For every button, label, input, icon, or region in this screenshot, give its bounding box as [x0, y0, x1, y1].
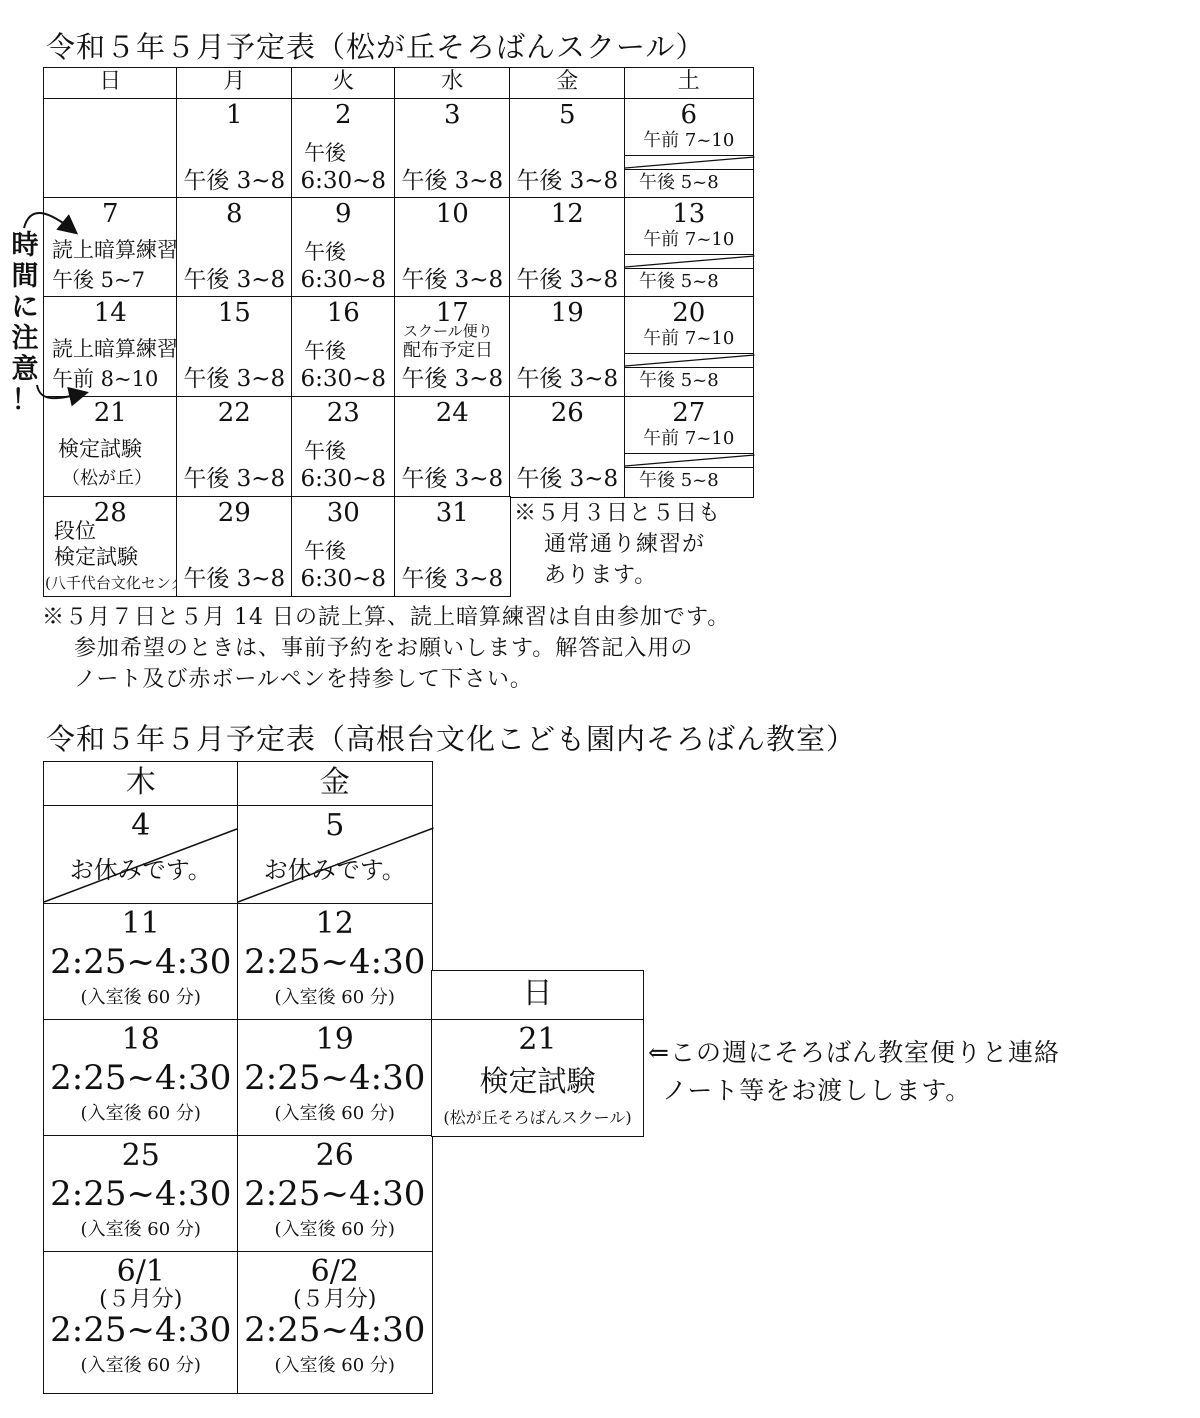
date-number: 26 — [238, 1140, 432, 1172]
event-text: （松が丘） — [62, 467, 152, 491]
day-cell-tue: 30午後6:30~8 — [291, 496, 396, 597]
footnote: ※５月７日と５月 14 日の読上算、読上暗算練習は自由参加です。 参加希望のとき… — [42, 602, 730, 695]
day-cell-mon: 29午後 3~8 — [176, 496, 293, 597]
day-cell-fri: 192:25~4:30(入室後 60 分) — [237, 1019, 433, 1137]
day-cell-fri: 262:25~4:30(入室後 60 分) — [237, 1135, 433, 1253]
event-text: 検定試験 — [58, 437, 142, 461]
exam-place: (松が丘そろばんスクール) — [432, 1106, 643, 1130]
session-note: (入室後 60 分) — [44, 1354, 238, 1378]
date-number: 18 — [44, 1024, 238, 1056]
session-time: 6:30~8 — [292, 467, 395, 491]
inline-note: ※５月３日と５日も 通常通り練習が あります。 — [514, 498, 721, 591]
session-time: 2:25~4:30 — [238, 1174, 432, 1214]
session-time: 6:30~8 — [292, 567, 395, 591]
arrow-note: ⇐この週にそろばん教室便りと連絡 ノート等をお渡しします。 — [648, 1034, 1060, 1110]
session-time: 2:25~4:30 — [44, 1310, 238, 1350]
session-time: 2:25~4:30 — [44, 1174, 238, 1214]
session-time: 午後 3~8 — [510, 467, 625, 491]
session-note: (入室後 60 分) — [44, 1218, 238, 1242]
day-cell-thu: 252:25~4:30(入室後 60 分) — [43, 1135, 239, 1253]
session-time: 午後 3~8 — [395, 567, 510, 591]
day-cell-thu: 4お休みです。 — [43, 805, 239, 905]
date-number: 29 — [177, 499, 292, 527]
session-label: 午後 — [304, 439, 346, 463]
weekday-header-fri: 金 — [237, 761, 433, 807]
date-number: 6/2 — [238, 1256, 432, 1288]
strike-line — [44, 806, 240, 904]
date-number: 19 — [238, 1024, 432, 1056]
session-note: (入室後 60 分) — [44, 1102, 238, 1126]
date-number: 11 — [44, 908, 238, 940]
session-note: (入室後 60 分) — [238, 1218, 432, 1242]
date-number: 30 — [292, 499, 395, 527]
weekday-header-sun: 日 — [431, 970, 644, 1021]
day-cell-thu: 182:25~4:30(入室後 60 分) — [43, 1019, 239, 1137]
date-number: 6/1 — [44, 1256, 238, 1288]
session-label: 午後 — [304, 539, 346, 563]
day-cell-fri: 5お休みです。 — [237, 805, 433, 905]
session-note: (入室後 60 分) — [238, 1354, 432, 1378]
schedule-title-takanedai: 令和５年５月予定表（高根台文化こども園内そろばん教室） — [46, 722, 856, 756]
day-cell-fri: 6/2(５月分)2:25~4:30(入室後 60 分) — [237, 1251, 433, 1394]
weekday-header-thu: 木 — [43, 761, 239, 807]
session-note: (入室後 60 分) — [238, 1102, 432, 1126]
strike-line — [238, 806, 434, 904]
session-time: 2:25~4:30 — [44, 1058, 238, 1098]
session-time: 2:25~4:30 — [238, 1310, 432, 1350]
day-cell-fri: 122:25~4:30(入室後 60 分) — [237, 903, 433, 1021]
session-note: (入室後 60 分) — [44, 986, 238, 1010]
session-time: 2:25~4:30 — [238, 1058, 432, 1098]
arrow-icon — [0, 0, 1200, 420]
session-time: 午後 3~8 — [177, 567, 292, 591]
month-label: (５月分) — [44, 1288, 238, 1312]
session-divider — [625, 453, 753, 468]
session-time: 午後 3~8 — [177, 467, 292, 491]
date-number: 12 — [238, 908, 432, 940]
month-label: (５月分) — [238, 1288, 432, 1312]
event-text: 検定試験 — [54, 545, 138, 569]
event-text: 段位 — [54, 519, 96, 543]
session-time: 2:25~4:30 — [238, 942, 432, 982]
date-number: 25 — [44, 1140, 238, 1172]
day-cell-sun: 21 検定試験 (松が丘そろばんスクール) — [431, 1019, 644, 1137]
day-cell-thu: 6/1(５月分)2:25~4:30(入室後 60 分) — [43, 1251, 239, 1394]
session-time: 午後 3~8 — [395, 467, 510, 491]
session-time: 2:25~4:30 — [44, 942, 238, 982]
date-number: 21 — [432, 1024, 643, 1056]
day-cell-sun: 28段位検定試験(八千代台文化センター) — [43, 496, 178, 597]
exam-label: 検定試験 — [432, 1064, 643, 1098]
evening-session: 午後 5~8 — [639, 469, 719, 493]
day-cell-thu: 112:25~4:30(入室後 60 分) — [43, 903, 239, 1021]
morning-session: 午前 7~10 — [625, 427, 753, 451]
date-number: 31 — [395, 499, 510, 527]
session-note: (入室後 60 分) — [238, 986, 432, 1010]
day-cell-wed: 31午後 3~8 — [394, 496, 511, 597]
